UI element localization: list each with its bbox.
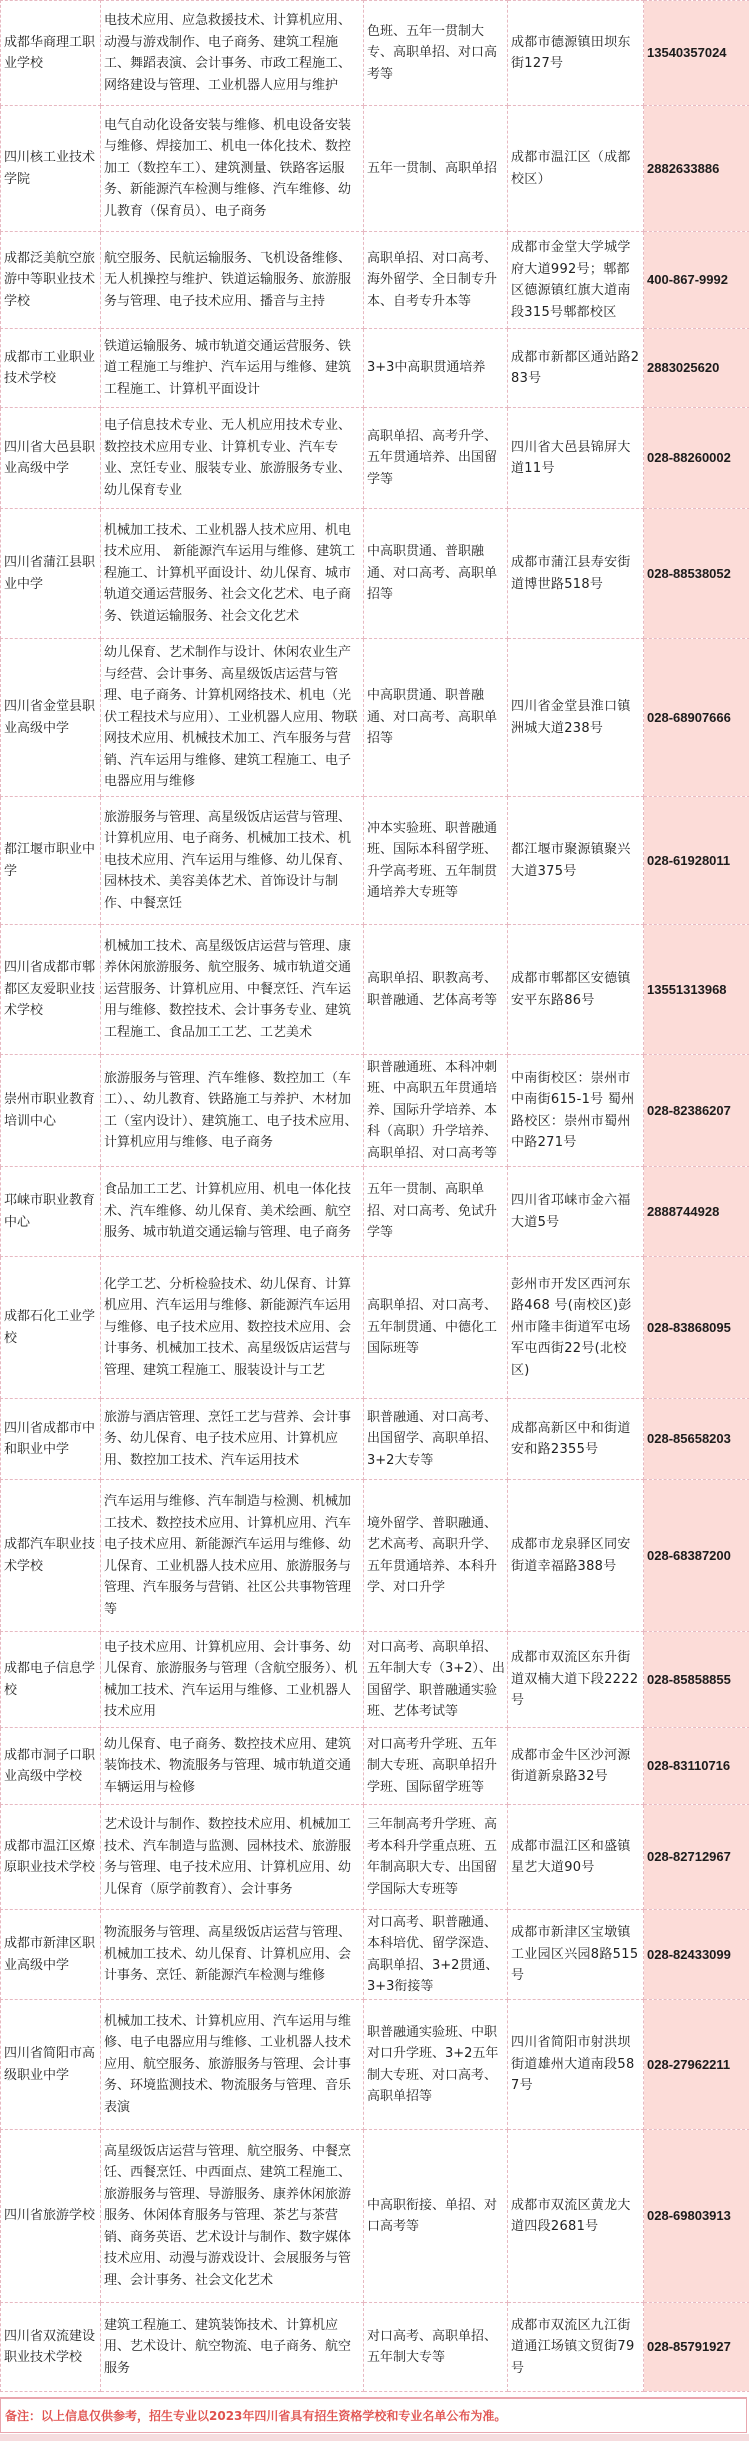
majors-cell: 高星级饭店运营与管理、航空服务、中餐烹饪、西餐烹饪、中西面点、建筑工程施工、旅游… <box>101 2130 364 2303</box>
admission-paths-cell: 境外留学、普职融通、艺术高考、高职升学、五年贯通培养、本科升学、对口升学 <box>364 1480 508 1632</box>
table-row: 成都华商理工职业学校电技术应用、应急救援技术、计算机应用、动漫与游戏制作、电子商… <box>1 1 749 106</box>
school-name-cell: 四川省大邑县职业高级中学 <box>1 408 101 509</box>
school-name-cell: 崇州市职业教育培训中心 <box>1 1055 101 1167</box>
address-cell: 成都市新津区宝墩镇工业园区兴园8路515号 <box>508 1910 644 2000</box>
school-table-body: 成都华商理工职业学校电技术应用、应急救援技术、计算机应用、动漫与游戏制作、电子商… <box>1 1 749 2392</box>
admission-paths-cell: 冲本实验班、职普融通班、国际本科留学班、升学高考班、五年制贯通培养大专班等 <box>364 797 508 925</box>
address-cell: 四川省简阳市射洪坝街道雄州大道南段587号 <box>508 2000 644 2130</box>
majors-cell: 电技术应用、应急救援技术、计算机应用、动漫与游戏制作、电子商务、建筑工程施工、舞… <box>101 1 364 106</box>
address-cell: 中南街校区：崇州市中南街615-1号 蜀州路校区：崇州市蜀州中路271号 <box>508 1055 644 1167</box>
phone-cell: 028-85858855 <box>644 1632 749 1728</box>
table-row: 成都泛美航空旅游中等职业技术学校航空服务、民航运输服务、飞机设备维修、无人机操控… <box>1 232 749 329</box>
majors-cell: 旅游服务与管理、汽车维修、数控加工（车工）、、幼儿教育、铁路施工与养护、木材加工… <box>101 1055 364 1167</box>
phone-cell: 2883025620 <box>644 329 749 408</box>
phone-cell: 028-88260002 <box>644 408 749 509</box>
school-name-cell: 四川省双流建设职业技术学校 <box>1 2303 101 2392</box>
majors-cell: 旅游与酒店管理、烹饪工艺与营养、会计事务、幼儿保育、电子技术应用、计算机应用、数… <box>101 1399 364 1480</box>
admission-paths-cell: 中高职贯通、普职融通、对口高考、高职单招等 <box>364 509 508 639</box>
school-name-cell: 成都市温江区燎原职业技术学校 <box>1 1805 101 1910</box>
majors-cell: 汽车运用与维修、汽车制造与检测、机械加工技术、数控技术应用、计算机应用、汽车电子… <box>101 1480 364 1632</box>
table-row: 都江堰市职业中学旅游服务与管理、高星级饭店运营与管理、计算机应用、电子商务、机械… <box>1 797 749 925</box>
majors-cell: 电子信息技术专业、无人机应用技术专业、数控技术应用专业、计算机专业、汽车专业、烹… <box>101 408 364 509</box>
address-cell: 四川省金堂县淮口镇洲城大道238号 <box>508 639 644 797</box>
address-cell: 四川省邛崃市金六福大道5号 <box>508 1167 644 1257</box>
address-cell: 成都市蒲江县寿安街道博世路518号 <box>508 509 644 639</box>
table-row: 四川核工业技术学院电气自动化设备安装与维修、机电设备安装与维修、焊接加工、机电一… <box>1 106 749 232</box>
address-cell: 成都市金堂大学城学府大道992号；郫都区德源镇红旗大道南段315号郫都校区 <box>508 232 644 329</box>
admission-paths-cell: 三年制高考升学班、高考本科升学重点班、五年制高职大专、出国留学国际大专班等 <box>364 1805 508 1910</box>
admission-paths-cell: 职普融通、对口高考、出国留学、高职单招、3+2大专等 <box>364 1399 508 1480</box>
majors-cell: 艺术设计与制作、数控技术应用、机械加工技术、汽车制造与监测、园林技术、旅游服务与… <box>101 1805 364 1910</box>
majors-cell: 建筑工程施工、建筑装饰技术、计算机应用、艺术设计、航空物流、电子商务、航空服务 <box>101 2303 364 2392</box>
majors-cell: 铁道运输服务、城市轨道交通运营服务、铁道工程施工与维护、汽车运用与维修、建筑工程… <box>101 329 364 408</box>
address-cell: 成都市龙泉驿区同安街道幸福路388号 <box>508 1480 644 1632</box>
table-row: 成都汽车职业技术学校汽车运用与维修、汽车制造与检测、机械加工技术、数控技术应用、… <box>1 1480 749 1632</box>
admission-paths-cell: 对口高考、高职单招、五年制大专等 <box>364 2303 508 2392</box>
school-name-cell: 成都市工业职业技术学校 <box>1 329 101 408</box>
phone-cell: 028-82712967 <box>644 1805 749 1910</box>
admission-paths-cell: 高职单招、对口高考、海外留学、全日制专升本、自考专升本等 <box>364 232 508 329</box>
table-row: 四川省旅游学校高星级饭店运营与管理、航空服务、中餐烹饪、西餐烹饪、中西面点、建筑… <box>1 2130 749 2303</box>
admission-paths-cell: 3+3中高职贯通培养 <box>364 329 508 408</box>
majors-cell: 机械加工技术、高星级饭店运营与管理、康养休闲旅游服务、航空服务、城市轨道交通运营… <box>101 925 364 1055</box>
address-cell: 成都市温江区（成都校区） <box>508 106 644 232</box>
phone-cell: 028-83868095 <box>644 1257 749 1399</box>
school-name-cell: 成都华商理工职业学校 <box>1 1 101 106</box>
phone-cell: 028-85658203 <box>644 1399 749 1480</box>
table-row: 成都市新津区职业高级中学物流服务与管理、高星级饭店运营与管理、机械加工技术、幼儿… <box>1 1910 749 2000</box>
majors-cell: 旅游服务与管理、高星级饭店运营与管理、计算机应用、电子商务、机械加工技术、机电技… <box>101 797 364 925</box>
school-name-cell: 成都市新津区职业高级中学 <box>1 1910 101 2000</box>
phone-cell: 2888744928 <box>644 1167 749 1257</box>
majors-cell: 电子技术应用、计算机应用、会计事务、幼儿保育、旅游服务与管理（含航空服务）、机械… <box>101 1632 364 1728</box>
phone-cell: 028-82386207 <box>644 1055 749 1167</box>
admission-paths-cell: 高职单招、高考升学、五年贯通培养、出国留学等 <box>364 408 508 509</box>
phone-cell: 2882633886 <box>644 106 749 232</box>
admission-paths-cell: 对口高考、职普融通、本科培优、留学深造、高职单招、3+2贯通、3+3衔接等 <box>364 1910 508 2000</box>
address-cell: 成都市德源镇田坝东街127号 <box>508 1 644 106</box>
admission-paths-cell: 职普融通班、本科冲刺班、中高职五年贯通培养、国际升学培养、本科（高职）升学培养、… <box>364 1055 508 1167</box>
admission-paths-cell: 中高职贯通、职普融通、对口高考、高职单招等 <box>364 639 508 797</box>
phone-cell: 13551313968 <box>644 925 749 1055</box>
table-row: 四川省简阳市高级职业中学机械加工技术、计算机应用、汽车运用与维修、电子电器应用与… <box>1 2000 749 2130</box>
table-row: 邛崃市职业教育中心食品加工工艺、计算机应用、机电一体化技术、汽车维修、幼儿保育、… <box>1 1167 749 1257</box>
admission-paths-cell: 五年一贯制、高职单招 <box>364 106 508 232</box>
school-name-cell: 四川省成都市中和职业中学 <box>1 1399 101 1480</box>
majors-cell: 机械加工技术、计算机应用、汽车运用与维修、电子电器应用与维修、工业机器人技术应用… <box>101 2000 364 2130</box>
phone-cell: 028-27962211 <box>644 2000 749 2130</box>
majors-cell: 食品加工工艺、计算机应用、机电一体化技术、汽车维修、幼儿保育、美术绘画、航空服务… <box>101 1167 364 1257</box>
admission-paths-cell: 对口高考、高职单招、五年制大专（3+2）、出国留学、职普融通实验班、艺体考试等 <box>364 1632 508 1728</box>
school-name-cell: 成都汽车职业技术学校 <box>1 1480 101 1632</box>
school-name-cell: 邛崃市职业教育中心 <box>1 1167 101 1257</box>
phone-cell: 028-85791927 <box>644 2303 749 2392</box>
address-cell: 四川省大邑县锦屏大道11号 <box>508 408 644 509</box>
address-cell: 成都市双流区黄龙大道四段2681号 <box>508 2130 644 2303</box>
address-cell: 都江堰市聚源镇聚兴大道375号 <box>508 797 644 925</box>
phone-cell: 028-61928011 <box>644 797 749 925</box>
phone-cell: 028-83110716 <box>644 1728 749 1805</box>
table-row: 成都电子信息学校电子技术应用、计算机应用、会计事务、幼儿保育、旅游服务与管理（含… <box>1 1632 749 1728</box>
majors-cell: 机械加工技术、工业机器人技术应用、机电技术应用、 新能源汽车运用与维修、建筑工程… <box>101 509 364 639</box>
school-name-cell: 四川省蒲江县职业中学 <box>1 509 101 639</box>
school-name-cell: 四川省成都市郫都区友爱职业技术学校 <box>1 925 101 1055</box>
phone-cell: 13540357024 <box>644 1 749 106</box>
school-name-cell: 四川省金堂县职业高级中学 <box>1 639 101 797</box>
school-name-cell: 成都市洞子口职业高级中学校 <box>1 1728 101 1805</box>
address-cell: 成都市郫都区安德镇安平东路86号 <box>508 925 644 1055</box>
majors-cell: 化学工艺、分析检验技术、幼儿保育、计算机应用、汽车运用与维修、新能源汽车运用与维… <box>101 1257 364 1399</box>
admission-paths-cell: 高职单招、职教高考、职普融通、艺体高考等 <box>364 925 508 1055</box>
address-cell: 成都高新区中和街道安和路2355号 <box>508 1399 644 1480</box>
table-row: 崇州市职业教育培训中心旅游服务与管理、汽车维修、数控加工（车工）、、幼儿教育、铁… <box>1 1055 749 1167</box>
table-row: 四川省蒲江县职业中学机械加工技术、工业机器人技术应用、机电技术应用、 新能源汽车… <box>1 509 749 639</box>
address-cell: 成都市双流区九江街道通江场镇文贸街79号 <box>508 2303 644 2392</box>
bottom-strip <box>0 2434 749 2441</box>
admission-paths-cell: 职普融通实验班、中职对口升学班、3+2五年制大专班、对口高考、高职单招等 <box>364 2000 508 2130</box>
table-row: 成都石化工业学校化学工艺、分析检验技术、幼儿保育、计算机应用、汽车运用与维修、新… <box>1 1257 749 1399</box>
disclaimer-note: 备注：以上信息仅供参考，招生专业以2023年四川省具有招生资格学校和专业名单公布… <box>0 2397 747 2433</box>
school-name-cell: 成都泛美航空旅游中等职业技术学校 <box>1 232 101 329</box>
address-cell: 彭州市开发区西河东路468 号(南校区)彭州市隆丰街道军屯场军屯西街22号(北校… <box>508 1257 644 1399</box>
phone-cell: 028-88538052 <box>644 509 749 639</box>
school-name-cell: 成都电子信息学校 <box>1 1632 101 1728</box>
majors-cell: 幼儿保育、电子商务、数控技术应用、建筑装饰技术、物流服务与管理、城市轨道交通车辆… <box>101 1728 364 1805</box>
table-row: 成都市工业职业技术学校铁道运输服务、城市轨道交通运营服务、铁道工程施工与维护、汽… <box>1 329 749 408</box>
address-cell: 成都市双流区东升街道双楠大道下段2222号 <box>508 1632 644 1728</box>
phone-cell: 028-68387200 <box>644 1480 749 1632</box>
address-cell: 成都市新都区通站路283号 <box>508 329 644 408</box>
school-name-cell: 四川核工业技术学院 <box>1 106 101 232</box>
school-name-cell: 四川省旅游学校 <box>1 2130 101 2303</box>
school-name-cell: 成都石化工业学校 <box>1 1257 101 1399</box>
majors-cell: 物流服务与管理、高星级饭店运营与管理、机械加工技术、幼儿保育、计算机应用、会计事… <box>101 1910 364 2000</box>
majors-cell: 电气自动化设备安装与维修、机电设备安装与维修、焊接加工、机电一体化技术、数控加工… <box>101 106 364 232</box>
table-row: 四川省金堂县职业高级中学幼儿保育、艺术制作与设计、休闲农业生产与经营、会计事务、… <box>1 639 749 797</box>
admission-paths-cell: 高职单招、对口高考、五年制贯通、中德化工国际班等 <box>364 1257 508 1399</box>
admission-paths-cell: 对口高考升学班、五年制大专班、高职单招升学班、国际留学班等 <box>364 1728 508 1805</box>
address-cell: 成都市金牛区沙河源街道新泉路32号 <box>508 1728 644 1805</box>
majors-cell: 幼儿保育、艺术制作与设计、休闲农业生产与经营、会计事务、高星级饭店运营与管理、电… <box>101 639 364 797</box>
table-row: 四川省大邑县职业高级中学电子信息技术专业、无人机应用技术专业、数控技术应用专业、… <box>1 408 749 509</box>
table-row: 四川省双流建设职业技术学校建筑工程施工、建筑装饰技术、计算机应用、艺术设计、航空… <box>1 2303 749 2392</box>
phone-cell: 028-82433099 <box>644 1910 749 2000</box>
school-name-cell: 四川省简阳市高级职业中学 <box>1 2000 101 2130</box>
table-row: 成都市温江区燎原职业技术学校艺术设计与制作、数控技术应用、机械加工技术、汽车制造… <box>1 1805 749 1910</box>
school-table: 成都华商理工职业学校电技术应用、应急救援技术、计算机应用、动漫与游戏制作、电子商… <box>0 0 749 2392</box>
majors-cell: 航空服务、民航运输服务、飞机设备维修、无人机操控与维护、铁道运输服务、旅游服务与… <box>101 232 364 329</box>
phone-cell: 028-69803913 <box>644 2130 749 2303</box>
table-row: 成都市洞子口职业高级中学校幼儿保育、电子商务、数控技术应用、建筑装饰技术、物流服… <box>1 1728 749 1805</box>
admission-paths-cell: 中高职衔接、单招、对口高考等 <box>364 2130 508 2303</box>
phone-cell: 400-867-9992 <box>644 232 749 329</box>
admission-paths-cell: 五年一贯制、高职单招、对口高考、免试升学等 <box>364 1167 508 1257</box>
table-row: 四川省成都市郫都区友爱职业技术学校机械加工技术、高星级饭店运营与管理、康养休闲旅… <box>1 925 749 1055</box>
phone-cell: 028-68907666 <box>644 639 749 797</box>
school-name-cell: 都江堰市职业中学 <box>1 797 101 925</box>
table-row: 四川省成都市中和职业中学旅游与酒店管理、烹饪工艺与营养、会计事务、幼儿保育、电子… <box>1 1399 749 1480</box>
admission-paths-cell: 色班、五年一贯制大专、高职单招、对口高考等 <box>364 1 508 106</box>
address-cell: 成都市温江区和盛镇星艺大道90号 <box>508 1805 644 1910</box>
